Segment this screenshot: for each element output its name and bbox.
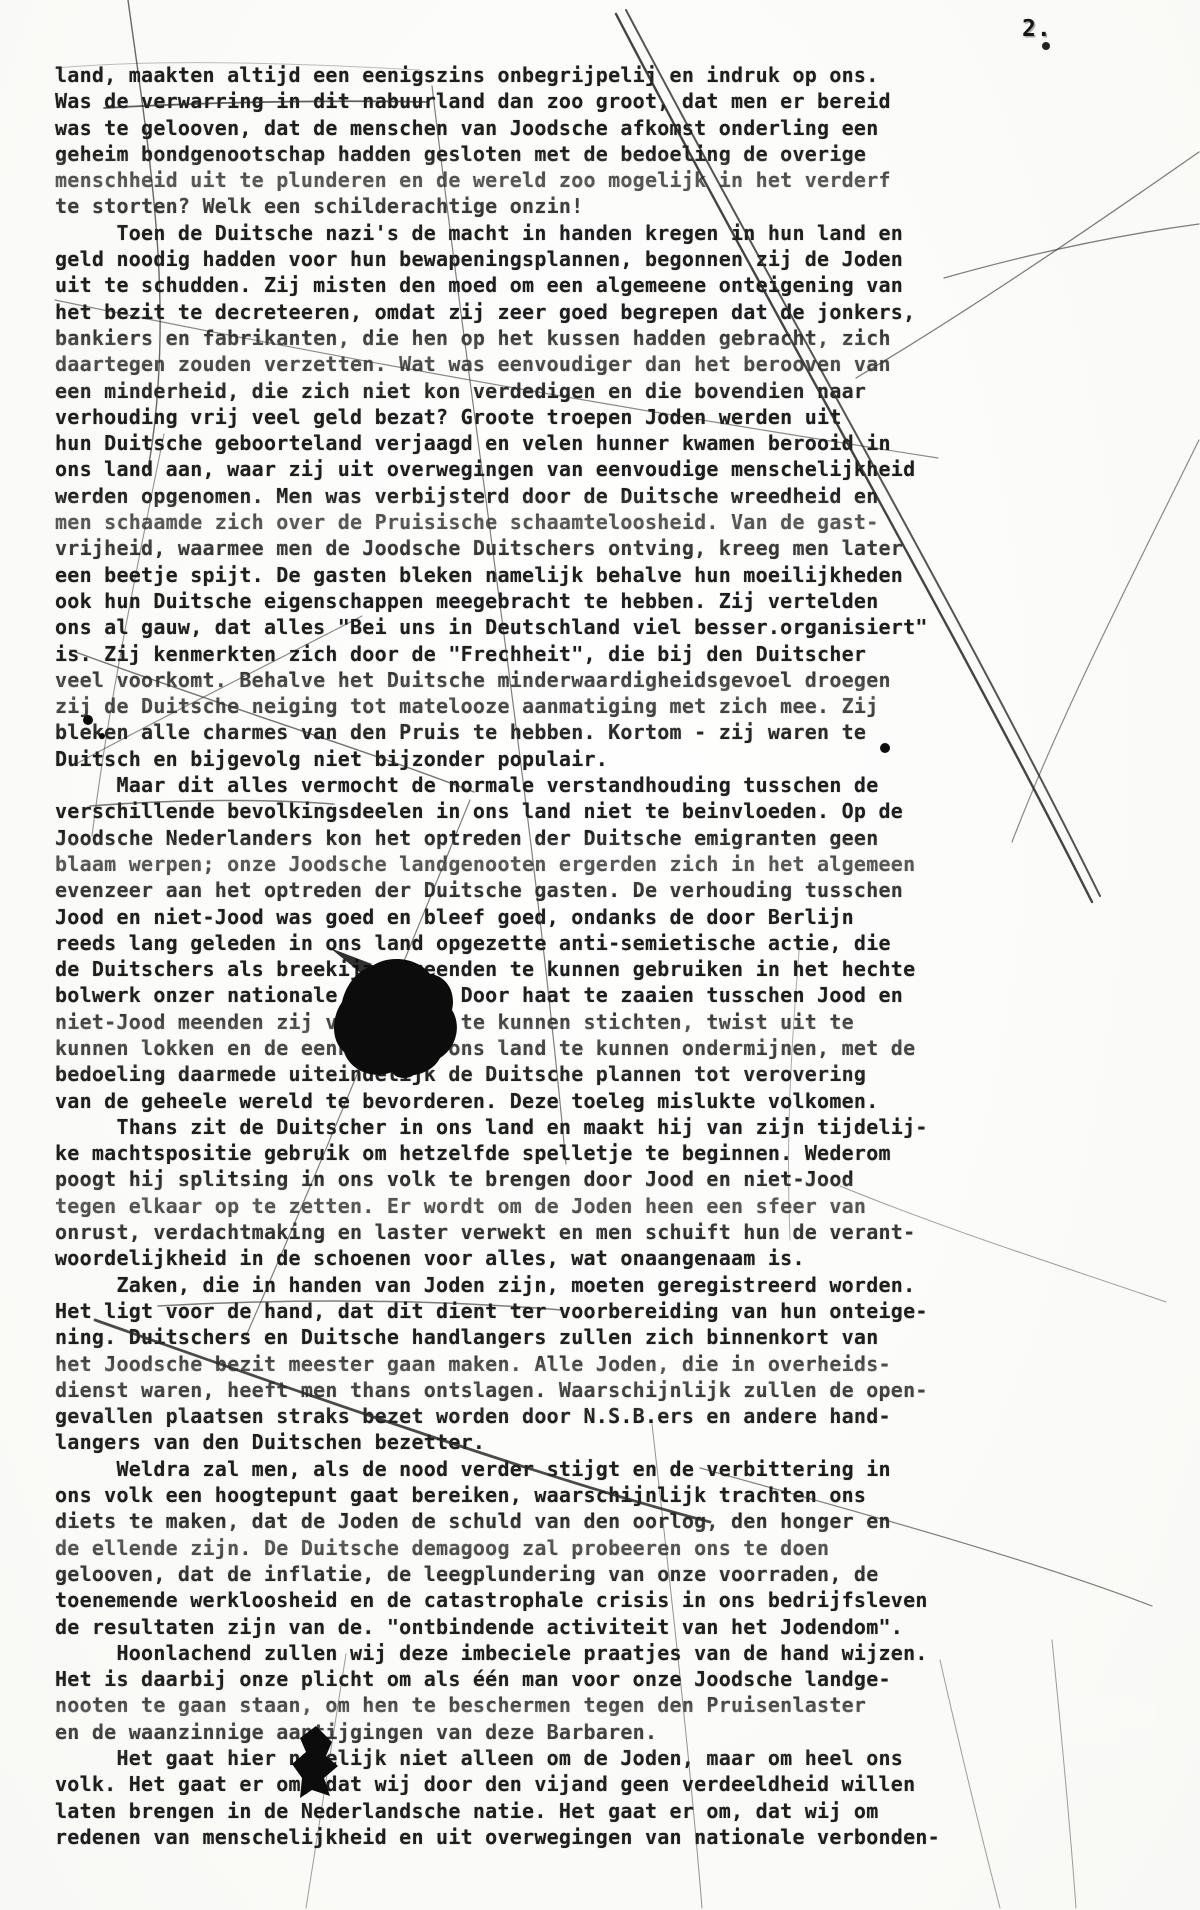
text-line: Het ligt voor de hand, dat dit dient ter… — [55, 1298, 1155, 1324]
scanned-document-page: 2. land, maakten altijd een eenigszins o… — [0, 0, 1200, 1910]
text-line: poogt hij splitsing in ons volk te breng… — [55, 1166, 1155, 1192]
text-line: van de geheele wereld te bevorderen. Dez… — [55, 1088, 1155, 1114]
text-line: diets te maken, dat de Joden de schuld v… — [55, 1508, 1155, 1534]
text-line: Jood en niet-Jood was goed en bleef goed… — [55, 904, 1155, 930]
text-line: tegen elkaar op te zetten. Er wordt om d… — [55, 1193, 1155, 1219]
text-line: laten brengen in de Nederlandsche natie.… — [55, 1798, 1155, 1824]
text-line: Het is daarbij onze plicht om als één ma… — [55, 1666, 1155, 1692]
text-line: men schaamde zich over de Pruisische sch… — [55, 509, 1155, 535]
text-line: Joodsche Nederlanders kon het optreden d… — [55, 825, 1155, 851]
text-line: Was de verwarring in dit nabuurland dan … — [55, 88, 1155, 114]
text-line: geheim bondgenootschap hadden gesloten m… — [55, 141, 1155, 167]
text-line: redenen van menschelijkheid en uit overw… — [55, 1824, 1155, 1850]
text-line: te storten? Welk een schilderachtige onz… — [55, 193, 1155, 219]
text-line: kunnen lokken en de eenheid van ons land… — [55, 1035, 1155, 1061]
text-line: en de waanzinnige aantijgingen van deze … — [55, 1719, 1155, 1745]
text-line: is. Zij kenmerkten zich door de "Frechhe… — [55, 641, 1155, 667]
text-line: reeds lang geleden in ons land opgezette… — [55, 930, 1155, 956]
text-line: een beetje spijt. De gasten bleken namel… — [55, 562, 1155, 588]
text-line: verschillende bevolkingsdeelen in ons la… — [55, 798, 1155, 824]
text-line: vrijheid, waarmee men de Joodsche Duitsc… — [55, 535, 1155, 561]
text-line: dienst waren, heeft men thans ontslagen.… — [55, 1377, 1155, 1403]
text-line: Weldra zal men, als de nood verder stijg… — [55, 1456, 1155, 1482]
text-line: verhouding vrij veel geld bezat? Groote … — [55, 404, 1155, 430]
text-line: een minderheid, die zich niet kon verded… — [55, 378, 1155, 404]
text-line: land, maakten altijd een eenigszins onbe… — [55, 62, 1155, 88]
text-line: ons al gauw, dat alles "Bei uns in Deuts… — [55, 614, 1155, 640]
text-line: ning. Duitschers en Duitsche handlangers… — [55, 1324, 1155, 1350]
text-line: was te gelooven, dat de menschen van Joo… — [55, 115, 1155, 141]
text-line: volk. Het gaat er om, dat wij door den v… — [55, 1771, 1155, 1797]
text-line: Thans zit de Duitscher in ons land en ma… — [55, 1114, 1155, 1140]
text-line: toenemende werkloosheid en de catastroph… — [55, 1587, 1155, 1613]
text-line: blaam werpen; onze Joodsche landgenooten… — [55, 851, 1155, 877]
text-line: het Joodsche bezit meester gaan maken. A… — [55, 1351, 1155, 1377]
text-line: Duitsch en bijgevolg niet bijzonder popu… — [55, 746, 1155, 772]
text-line: uit te schudden. Zij misten den moed om … — [55, 272, 1155, 298]
text-line: bolwerk onzer nationale eenheid. Door ha… — [55, 982, 1155, 1008]
text-line: menschheid uit te plunderen en de wereld… — [55, 167, 1155, 193]
text-line: gelooven, dat de inflatie, de leegplunde… — [55, 1561, 1155, 1587]
text-line: ke machtspositie gebruik om hetzelfde sp… — [55, 1140, 1155, 1166]
text-line: bankiers en fabrikanten, die hen op het … — [55, 325, 1155, 351]
text-line: ook hun Duitsche eigenschappen meegebrac… — [55, 588, 1155, 614]
text-line: ons land aan, waar zij uit overwegingen … — [55, 456, 1155, 482]
text-line: langers van den Duitschen bezetter. — [55, 1429, 1155, 1455]
text-line: hun Duitsche geboorteland verjaagd en ve… — [55, 430, 1155, 456]
page-number: 2. — [1022, 16, 1052, 42]
text-line: geld noodig hadden voor hun bewapeningsp… — [55, 246, 1155, 272]
text-line: Toen de Duitsche nazi's de macht in hand… — [55, 220, 1155, 246]
text-line: veel voorkomt. Behalve het Duitsche mind… — [55, 667, 1155, 693]
text-line: de resultaten zijn van de. "ontbindende … — [55, 1614, 1155, 1640]
ink-dot — [1042, 42, 1050, 50]
text-line: Hoonlachend zullen wij deze imbeciele pr… — [55, 1640, 1155, 1666]
text-line: nooten te gaan staan, om hen te bescherm… — [55, 1692, 1155, 1718]
text-line: ons volk een hoogtepunt gaat bereiken, w… — [55, 1482, 1155, 1508]
text-line: het bezit te decreteeren, omdat zij zeer… — [55, 299, 1155, 325]
text-line: de Duitschers als breekijzer meenden te … — [55, 956, 1155, 982]
text-line: bleken alle charmes van den Pruis te heb… — [55, 719, 1155, 745]
text-line: woordelijkheid in de schoenen voor alles… — [55, 1245, 1155, 1271]
text-line: Zaken, die in handen van Joden zijn, moe… — [55, 1272, 1155, 1298]
text-line: onrust, verdachtmaking en laster verwekt… — [55, 1219, 1155, 1245]
text-line: niet-Jood meenden zij verdeeling te kunn… — [55, 1009, 1155, 1035]
text-line: daartegen zouden verzetten. Wat was eenv… — [55, 351, 1155, 377]
text-line: Het gaat hier namelijk niet alleen om de… — [55, 1745, 1155, 1771]
text-line: werden opgenomen. Men was verbijsterd do… — [55, 483, 1155, 509]
text-lines: land, maakten altijd een eenigszins onbe… — [55, 62, 1155, 1850]
text-line: evenzeer aan het optreden der Duitsche g… — [55, 877, 1155, 903]
text-line: zij de Duitsche neiging tot matelooze aa… — [55, 693, 1155, 719]
text-line: de ellende zijn. De Duitsche demagoog za… — [55, 1535, 1155, 1561]
text-line: gevallen plaatsen straks bezet worden do… — [55, 1403, 1155, 1429]
text-line: Maar dit alles vermocht de normale verst… — [55, 772, 1155, 798]
text-line: bedoeling daarmede uiteindelijk de Duits… — [55, 1061, 1155, 1087]
